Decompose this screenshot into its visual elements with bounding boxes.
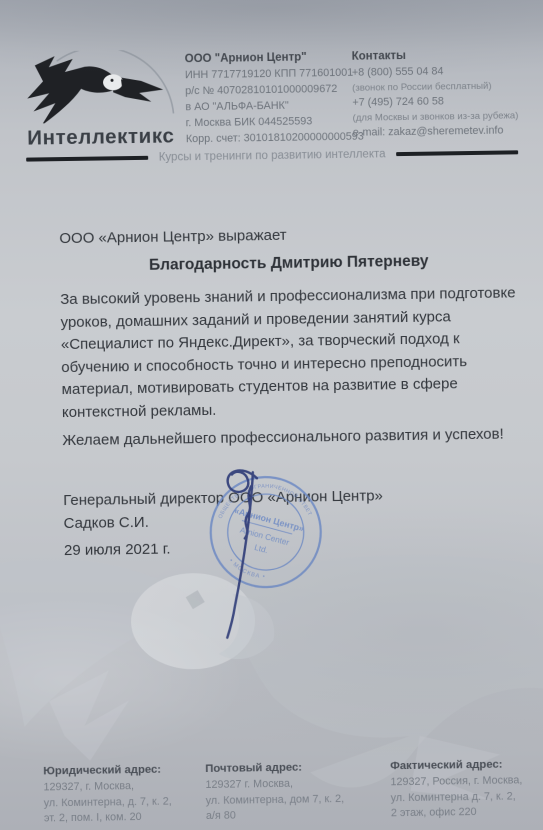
- scanned-letter-page: Интеллектикс ООО "Арнион Центр" ИНН 7717…: [0, 0, 543, 830]
- company-details: ООО "Арнион Центр" ИНН 7717719120 КПП 77…: [185, 49, 364, 148]
- legal-address-line: ул. Коминтерна, д. 7, к. 2,: [44, 794, 172, 811]
- document-content: Интеллектикс ООО "Арнион Центр" ИНН 7717…: [0, 0, 543, 830]
- postal-address-title: Почтовый адрес:: [205, 759, 344, 778]
- actual-address-line: 2 этаж, офис 220: [391, 804, 523, 821]
- divider-rule-left: [26, 156, 148, 161]
- divider-rule-right: [397, 151, 519, 156]
- legal-address-title: Юридический адрес:: [43, 762, 171, 781]
- eagle-logo-icon: [21, 49, 180, 123]
- postal-address: Почтовый адрес: 129327 г. Москва, ул. Ко…: [205, 759, 344, 825]
- logo: Интеллектикс: [21, 49, 180, 150]
- postal-address-line: а/я 80: [206, 807, 345, 825]
- actual-address-line: 129327, Россия, г. Москва,: [390, 773, 522, 790]
- postal-address-line: ул. Коминтерна, дом 7, к. 2,: [206, 791, 345, 809]
- brand-text: Интеллектикс: [22, 124, 180, 150]
- contacts-block: Контакты +8 (800) 555 04 84 (звонок по Р…: [352, 46, 519, 140]
- actual-address-line: ул. Коминтерна д. 7, к. 2,: [391, 789, 523, 806]
- footer-addresses: Юридический адрес: 129327, г. Москва, ул…: [5, 756, 543, 764]
- legal-address-line: эт. 2, пом. I, ком. 20: [44, 810, 172, 827]
- letter-title: Благодарность Дмитрию Пятерневу: [60, 251, 518, 276]
- stamp-center-line3: Ltd.: [253, 543, 269, 555]
- letter-intro: ООО «Арнион Центр» выражает: [59, 223, 517, 247]
- actual-address-title: Фактический адрес:: [390, 756, 522, 775]
- company-account: р/с № 40702810101000009672: [185, 81, 363, 100]
- contact-email: e-mail: zakaz@sheremetev.info: [353, 123, 519, 140]
- legal-address: Юридический адрес: 129327, г. Москва, ул…: [43, 762, 172, 827]
- company-stamp: ОБЩЕСТВО С ОГРАНИЧЕННОЙ ОТВЕТСТВЕННОСТЬЮ…: [191, 455, 346, 647]
- letter-paragraph: За высокий уровень знаний и профессионал…: [60, 282, 520, 424]
- company-corr: Корр. счет: 30101810200000000593: [186, 129, 364, 148]
- letter-wish: Желаем дальнейшего профессионального раз…: [62, 425, 520, 449]
- tagline-text: Курсы и тренинги по развитию интеллекта: [148, 148, 397, 164]
- actual-address: Фактический адрес: 129327, Россия, г. Мо…: [390, 756, 523, 821]
